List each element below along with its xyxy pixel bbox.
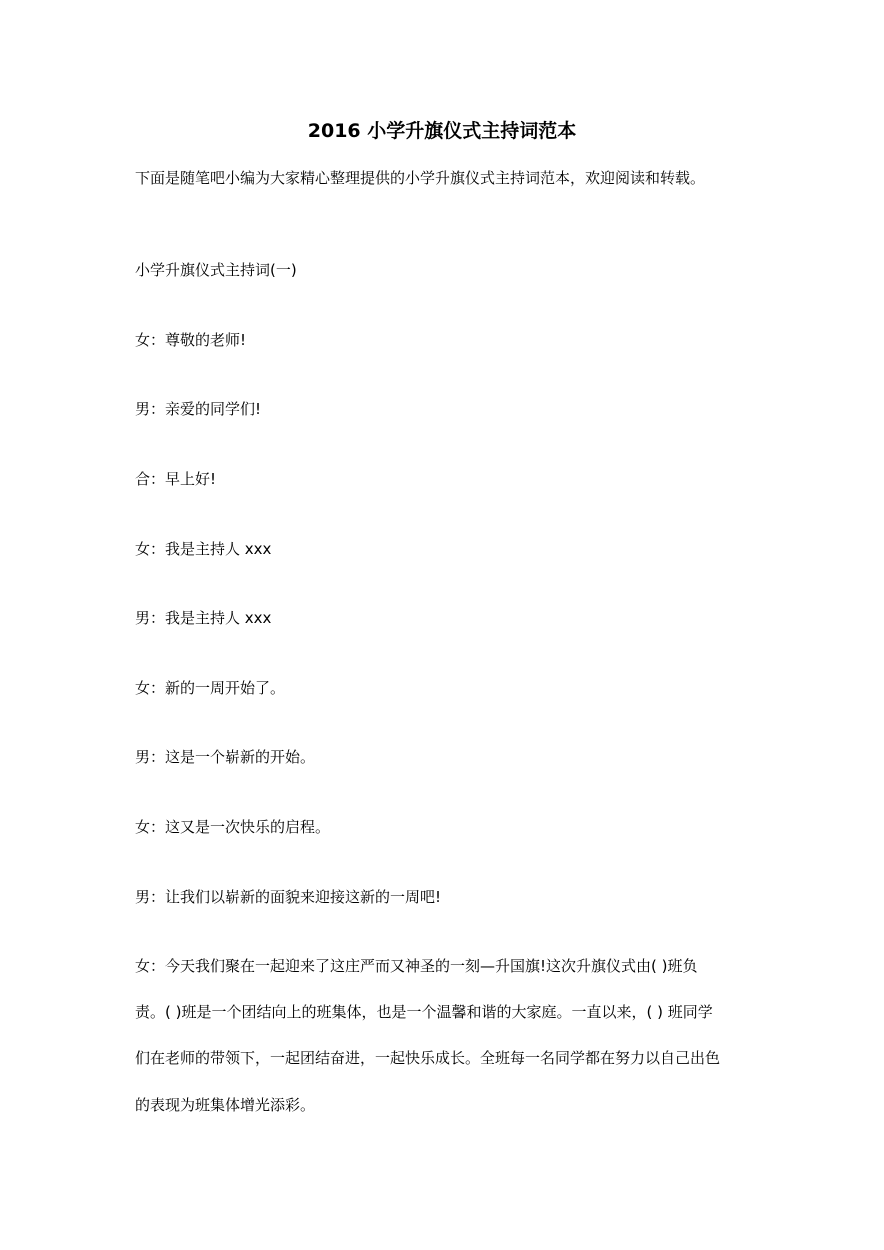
paragraph-line: 责。( )班是一个团结向上的班集体，也是一个温馨和谐的大家庭。一直以来，( ) … [135, 1001, 713, 1023]
dialogue-line: 女：我是主持人 xxx [135, 538, 271, 560]
dialogue-line: 女：这又是一次快乐的启程。 [135, 816, 330, 838]
paragraph-line: 的表现为班集体增光添彩。 [135, 1094, 315, 1116]
document-title: 2016 小学升旗仪式主持词范本 [0, 118, 884, 144]
dialogue-line: 男：我是主持人 xxx [135, 607, 271, 629]
document-page: 2016 小学升旗仪式主持词范本 下面是随笔吧小编为大家精心整理提供的小学升旗仪… [0, 0, 884, 1250]
intro-text: 下面是随笔吧小编为大家精心整理提供的小学升旗仪式主持词范本，欢迎阅读和转载。 [135, 167, 705, 189]
dialogue-line: 男：让我们以崭新的面貌来迎接这新的一周吧! [135, 886, 441, 908]
dialogue-line: 女：新的一周开始了。 [135, 677, 285, 699]
dialogue-line: 男：亲爱的同学们! [135, 398, 261, 420]
dialogue-line: 女：尊敬的老师! [135, 329, 246, 351]
dialogue-line: 男：这是一个崭新的开始。 [135, 746, 315, 768]
paragraph-line: 女：今天我们聚在一起迎来了这庄严而又神圣的一刻—升国旗!这次升旗仪式由( )班负 [135, 955, 698, 977]
paragraph-line: 们在老师的带领下，一起团结奋进，一起快乐成长。全班每一名同学都在努力以自己出色 [135, 1047, 720, 1069]
section-heading: 小学升旗仪式主持词(一) [135, 259, 297, 281]
dialogue-line: 合：早上好! [135, 468, 216, 490]
